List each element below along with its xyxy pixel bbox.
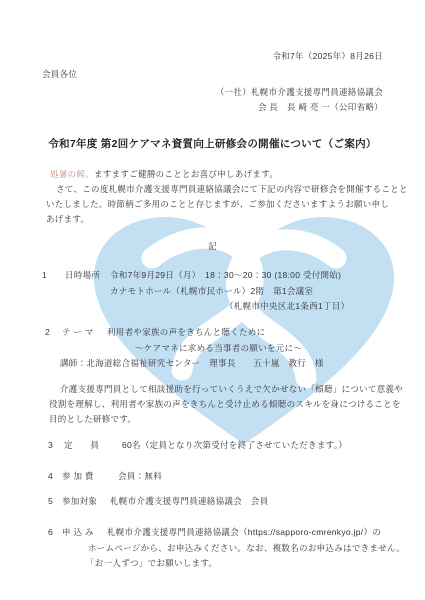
page-title: 令和7年度 第2回ケアマネ資質向上研修会の開催について（ご案内） — [0, 138, 425, 152]
greeting-line-3: いたしました。時節柄ご多用のことと存じますが、ご参加くださいますようお願い申し — [46, 199, 389, 210]
application-line-2: ホームページから、お申込みください。なお、複数名のお申込みはできません。 — [88, 543, 405, 554]
item-label: 定 員 — [64, 440, 99, 451]
item-label: 参 加 費 — [62, 471, 94, 482]
item-label: 申 込 み — [62, 527, 94, 538]
item-label: 日時場所 — [65, 270, 100, 281]
recipient-line: 会員各位 — [42, 69, 77, 80]
item-value: 令和7年9月29日（月） 18：30～20：30 (18:00 受付開始) — [110, 270, 341, 281]
item-number: 6 — [48, 527, 53, 538]
lecturer-line: 講師：北海道総合福祉研究センター 理事長 五十嵐 教行 様 — [60, 358, 324, 369]
item-value: 60名（定員となり次第受付を終了させていただきます。） — [122, 440, 347, 451]
seasonal-phrase: 処暑の候、 — [50, 169, 94, 179]
item-value: 札幌市介護支援専門員連絡協議会（https://sapporo-cmrenkyo… — [107, 527, 381, 538]
item-value: 会員：無料 — [118, 471, 162, 482]
item-number: 4 — [48, 471, 53, 482]
greeting-line-2: さて、この度札幌市介護支援専門員連絡協議会にて下記の内容で研修会を開催することと — [56, 184, 408, 195]
application-line-3: 「お一人ずつ」でお願いします。 — [86, 558, 217, 569]
purpose-line-2: 役割を理解し、利用者や家族の声をきちんと受け止める傾聴のスキルを身につけることを — [49, 399, 401, 410]
item-label: テ ー マ — [62, 327, 94, 338]
document-page: 令和7年（2025年）8月26日 会員各位 （一社）札幌市介護支援専門員連絡協議… — [0, 0, 425, 600]
record-mark: 記 — [0, 241, 425, 252]
document-date: 令和7年（2025年）8月26日 — [272, 51, 383, 62]
item-number: 5 — [48, 496, 53, 507]
purpose-line-3: 目的とした研修です。 — [49, 414, 136, 425]
item-value: 利用者や家族の声をきちんと聴くために — [107, 327, 265, 338]
item-label: 参加対象 — [62, 496, 97, 507]
president-name: 会 長 長 崎 亮 一（公印省略） — [258, 102, 383, 113]
item-number: 1 — [42, 270, 47, 281]
address-line: （札幌市中央区北1条西1丁目） — [225, 301, 349, 312]
greeting-line-4: あげます。 — [46, 214, 89, 225]
purpose-line-1: 介護支援専門員として相談援助を行っていくうえで欠かせない「傾聴」について意義や — [60, 384, 403, 395]
venue-line: カナモトホール（札幌市民ホール）2階 第1会議室 — [110, 286, 313, 297]
item-number: 2 — [45, 327, 50, 338]
theme-subtitle: ～ケアマネに求める当事者の願いを元に～ — [135, 343, 302, 354]
organization-name: （一社）札幌市介護支援専門員連絡協議会 — [216, 87, 383, 98]
greeting-line-1-rest: ますますご健勝のこととお喜び申しあげます。 — [94, 169, 278, 179]
item-value: 札幌市介護支援専門員連絡協議会 会員 — [110, 496, 268, 507]
greeting-line-1: 処暑の候、ますますご健勝のこととお喜び申しあげます。 — [50, 169, 278, 180]
item-number: 3 — [48, 440, 53, 451]
